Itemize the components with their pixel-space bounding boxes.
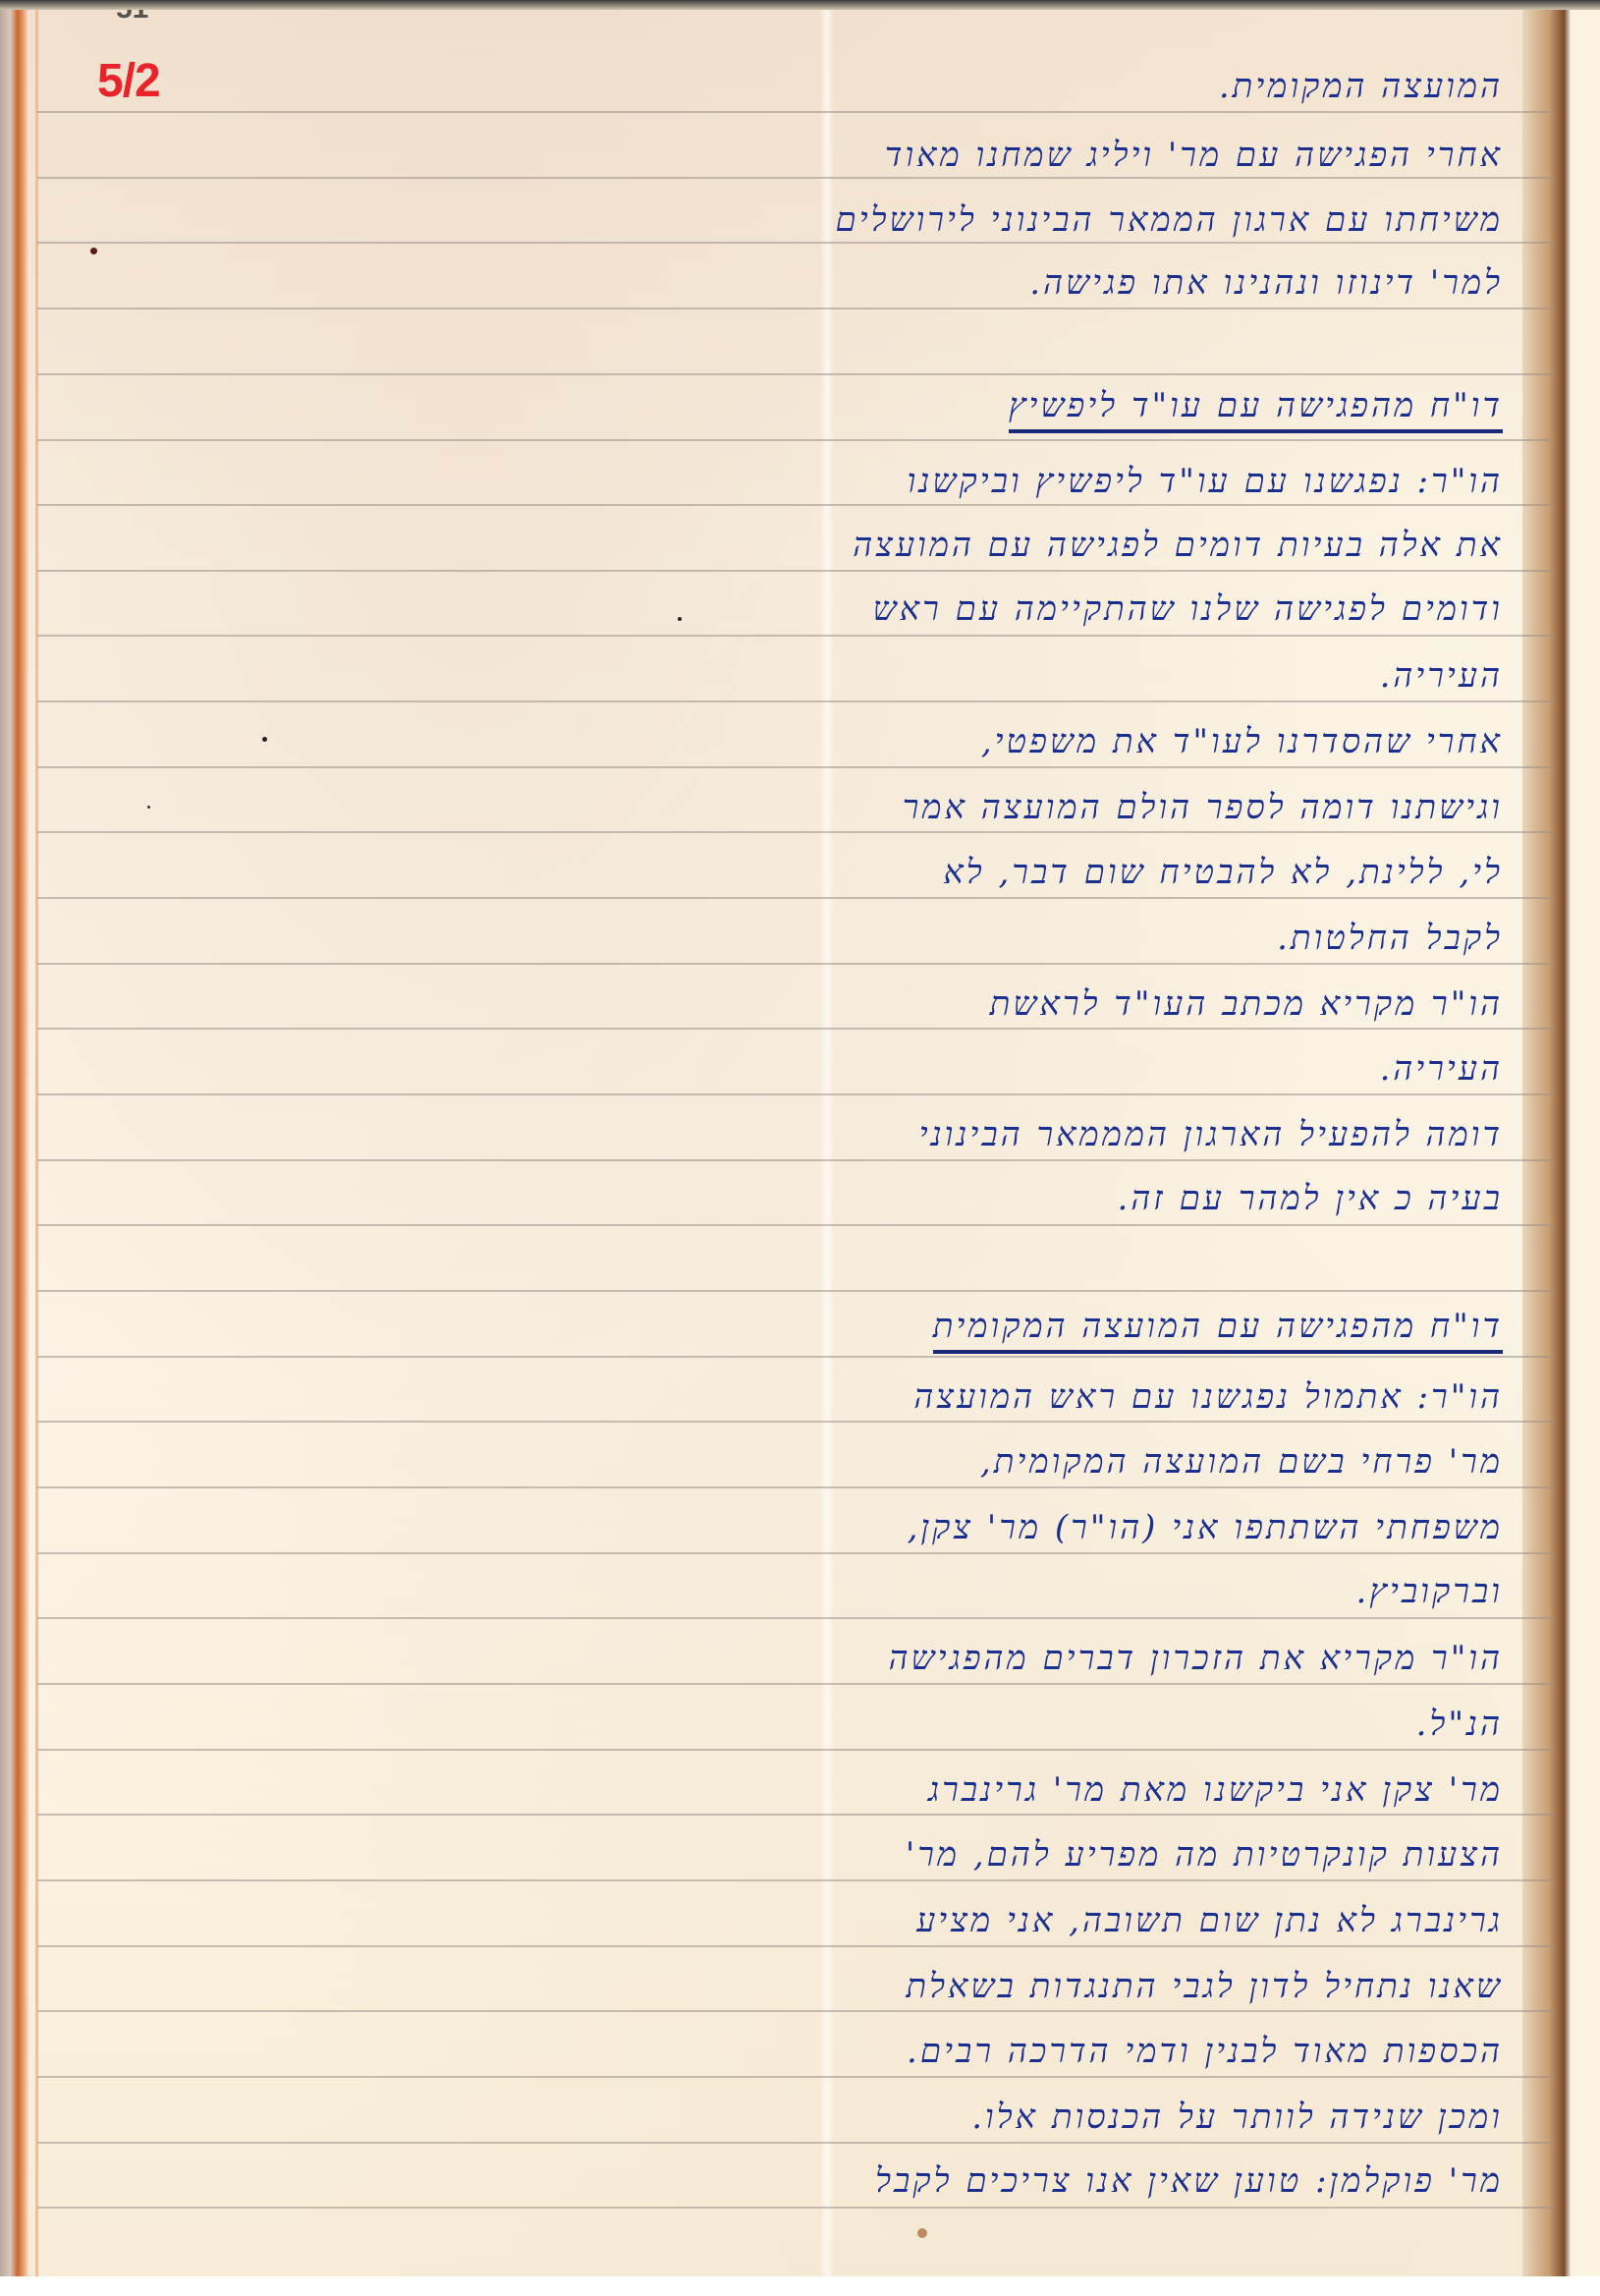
handwritten-line: בעיה כ אין למהר עם זה. — [1118, 1179, 1503, 1218]
ruled-line — [37, 1356, 1555, 1358]
ruled-line — [37, 2010, 1555, 2012]
handwritten-line: דומה להפעיל הארגון המממאר הבינוני — [919, 1115, 1503, 1154]
handwritten-line: הו"ר מקריא מכתב העו"ד לראשת — [990, 984, 1503, 1024]
paper-fold — [820, 0, 834, 2276]
handwritten-line: את אלה בעיות דומים לפגישה עם המועצה — [853, 526, 1503, 565]
handwritten-line: העיריה. — [1380, 656, 1503, 696]
handwritten-line: הנ"ל. — [1416, 1705, 1503, 1744]
handwritten-line: ומכן שנידה לוותר על הכנסות אלו. — [971, 2098, 1503, 2137]
handwritten-line: וברקוביץ. — [1355, 1572, 1503, 1611]
section-heading: דו"ח מהפגישה עם עו"ד ליפשיץ — [1009, 386, 1503, 433]
handwritten-line: למר' דינוזו ונהנינו אתו פגישה. — [1029, 263, 1503, 303]
ruled-line — [37, 1945, 1555, 1947]
ruled-line — [37, 1617, 1555, 1619]
handwritten-line: שאנו נתחיל לדון לגבי התנגדות בשאלת — [906, 1967, 1503, 2006]
ink-speck — [678, 617, 682, 621]
ruled-line — [37, 1814, 1555, 1816]
ruled-line — [37, 439, 1555, 441]
handwritten-line: לקבל החלטות. — [1277, 919, 1503, 958]
margin-line — [35, 0, 38, 2276]
ruled-line — [37, 766, 1555, 768]
ruled-line — [37, 1159, 1555, 1161]
ink-speck — [90, 248, 97, 254]
ruled-line — [37, 1028, 1555, 1030]
ink-speck — [147, 806, 150, 809]
ruled-line — [37, 963, 1555, 965]
ruled-line — [37, 1879, 1555, 1881]
ruled-line — [37, 111, 1555, 113]
handwritten-line: הו"ר: נפגשנו עם עו"ד ליפשיץ וביקשנו — [908, 462, 1503, 501]
ruled-line — [37, 242, 1555, 244]
ruled-line — [37, 897, 1555, 899]
stain — [917, 2228, 927, 2238]
handwritten-line: משיחתו עם ארגון הממאר הבינוני לירושלים — [836, 200, 1504, 240]
ruled-line — [37, 635, 1555, 637]
ruled-line — [37, 1290, 1555, 1292]
ruled-line — [37, 1421, 1555, 1423]
handwritten-line: מר' פרחי בשם המועצה המקומית, — [980, 1442, 1503, 1482]
right-page-edge — [1522, 0, 1572, 2276]
ink-speck — [262, 737, 267, 742]
handwritten-line: הו"ר מקריא את הזכרון דברים מהפגישה — [889, 1639, 1503, 1678]
handwritten-line: אחרי שהסדרנו לעו"ד את משפטי, — [981, 722, 1503, 761]
section-heading: דו"ח מהפגישה עם המועצה המקומית — [933, 1307, 1503, 1354]
handwritten-line: הו"ר: אתמול נפגשנו עם ראש המועצה — [913, 1377, 1503, 1417]
ruled-line — [37, 2142, 1555, 2144]
handwritten-line: וגישתנו דומה לספר הולם המועצה אמר — [903, 788, 1503, 827]
ruled-line — [37, 177, 1555, 179]
ruled-line — [37, 1093, 1555, 1095]
scan-bottom-margin — [0, 2276, 1600, 2296]
ruled-line — [37, 2207, 1555, 2209]
handwritten-line: העיריה. — [1380, 1049, 1503, 1089]
handwritten-line: הכספות מאוד לבנין ודמי הדרכה רבים. — [907, 2032, 1503, 2071]
handwritten-line: המועצה המקומית. — [1219, 67, 1503, 106]
handwritten-line: ודומים לפגישה שלנו שהתקיימה עם ראש — [873, 589, 1503, 629]
ruled-line — [37, 700, 1555, 702]
ruled-line — [37, 1552, 1555, 1554]
ruled-line — [37, 831, 1555, 833]
ruled-line — [37, 1683, 1555, 1685]
handwritten-line: הצעות קונקרטיות מה מפריע להם, מר' — [906, 1835, 1503, 1875]
handwritten-line: מר' צקן אני ביקשנו מאת מר' גרינברג — [928, 1770, 1503, 1810]
ruled-line — [37, 2076, 1555, 2078]
page-label: 5/2 — [97, 54, 160, 108]
ruled-line — [37, 1224, 1555, 1226]
ruled-line — [37, 373, 1555, 375]
handwritten-line: אחרי הפגישה עם מר' ויליג שמחנו מאוד — [885, 136, 1503, 175]
scan-top-edge — [0, 0, 1600, 10]
handwritten-line: מר' פוקלמן: טוען שאין אנו צריכים לקבל — [875, 2161, 1503, 2201]
handwritten-line: לי, ללינת, לא להבטיח שום דבר, לא — [943, 853, 1503, 892]
ruled-line — [37, 308, 1555, 309]
binding-edge — [0, 0, 29, 2276]
handwritten-line: גרינברג לא נתן שום תשובה, אני מציע — [916, 1901, 1503, 1940]
ruled-line — [37, 570, 1555, 572]
ruled-line — [37, 504, 1555, 506]
handwritten-line: משפחתי השתתפו אני (הו"ר) מר' צקן, — [908, 1508, 1503, 1547]
ruled-line — [37, 1486, 1555, 1488]
ruled-line — [37, 1749, 1555, 1751]
notebook-page: 51 5/2 המועצה המקומית. אחרי הפגישה עם מר… — [0, 0, 1572, 2276]
